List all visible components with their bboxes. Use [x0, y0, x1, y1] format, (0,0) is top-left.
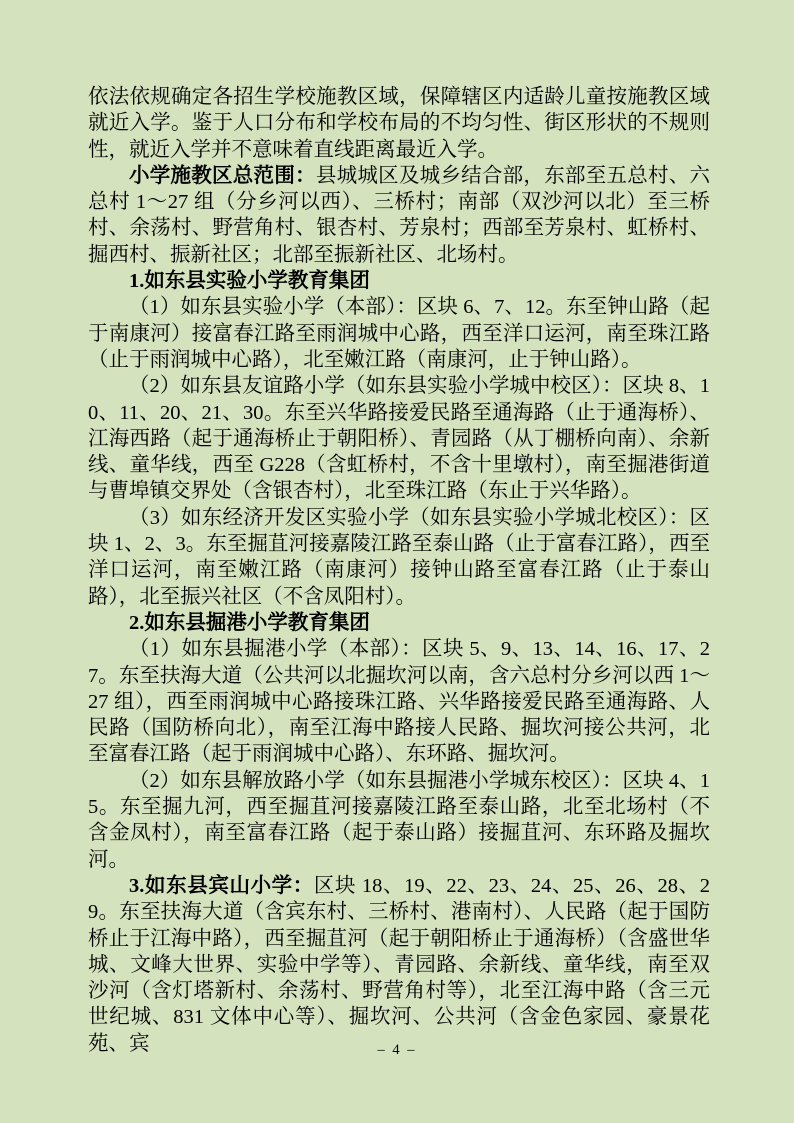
text-segment: （1）如东县实验小学（本部）：区块 6、7、12。东至钟山路（起于南康河）接富春… [88, 296, 710, 371]
text-segment: （2）如东县友谊路小学（如东县实验小学城中校区）：区块 8、10、11、20、2… [88, 375, 710, 502]
paragraph: 3.如东县宾山小学：区块 18、19、22、23、24、25、26、28、29。… [88, 873, 710, 1057]
text-segment: 小学施教区总范围： [129, 165, 316, 187]
paragraph: （2）如东县友谊路小学（如东县实验小学城中校区）：区块 8、10、11、20、2… [88, 373, 710, 504]
text-segment: （1）如东县掘港小学（本部）：区块 5、9、13、14、16、17、27。东至扶… [88, 638, 710, 765]
paragraph: （2）如东县解放路小学（如东县掘港小学城东校区）：区块 4、15。东至掘九河，西… [88, 768, 710, 873]
document-page: 依法依规确定各招生学校施教区域，保障辖区内适龄儿童按施教区域就近入学。鉴于人口分… [0, 0, 794, 1123]
document-text-body: 依法依规确定各招生学校施教区域，保障辖区内适龄儿童按施教区域就近入学。鉴于人口分… [88, 84, 710, 1057]
section-heading: 1.如东县实验小学教育集团 [88, 268, 710, 294]
paragraph: （1）如东县掘港小学（本部）：区块 5、9、13、14、16、17、27。东至扶… [88, 636, 710, 767]
paragraph: （3）如东经济开发区实验小学（如东县实验小学城北校区）：区块 1、2、3。东至掘… [88, 505, 710, 610]
text-segment: 2.如东县掘港小学教育集团 [129, 612, 370, 634]
paragraph: （1）如东县实验小学（本部）：区块 6、7、12。东至钟山路（起于南康河）接富春… [88, 294, 710, 373]
text-segment: 区块 18、19、22、23、24、25、26、28、29。东至扶海大道（含宾东… [88, 875, 710, 1055]
paragraph: 小学施教区总范围：县城城区及城乡结合部，东部至五总村、六总村 1～27 组（分乡… [88, 163, 710, 268]
text-segment: （2）如东县解放路小学（如东县掘港小学城东校区）：区块 4、15。东至掘九河，西… [88, 770, 710, 871]
text-segment: （3）如东经济开发区实验小学（如东县实验小学城北校区）：区块 1、2、3。东至掘… [88, 507, 710, 608]
text-segment: 依法依规确定各招生学校施教区域，保障辖区内适龄儿童按施教区域就近入学。鉴于人口分… [88, 86, 710, 161]
section-heading: 2.如东县掘港小学教育集团 [88, 610, 710, 636]
page-number: – 4 – [0, 1042, 794, 1059]
paragraph: 依法依规确定各招生学校施教区域，保障辖区内适龄儿童按施教区域就近入学。鉴于人口分… [88, 84, 710, 163]
text-segment: 1.如东县实验小学教育集团 [129, 270, 370, 292]
text-segment: 3.如东县宾山小学： [129, 875, 314, 897]
